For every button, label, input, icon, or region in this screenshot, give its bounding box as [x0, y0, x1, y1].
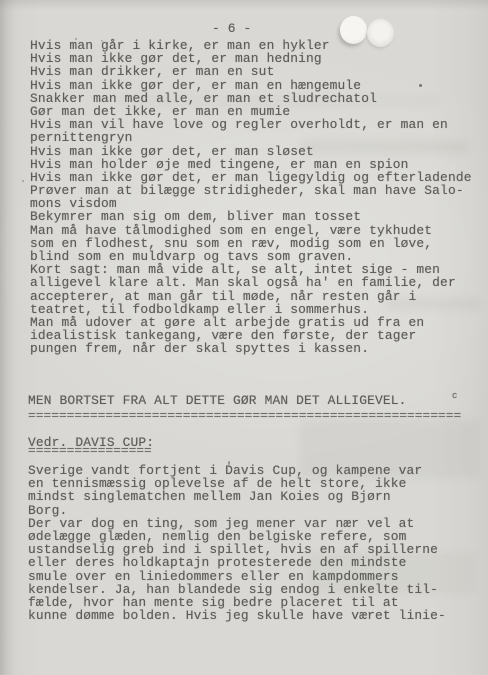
- typed-line: alligevel klare alt. Man skal også ha' e…: [30, 276, 472, 289]
- typed-line: mindst singlematchen mellem Jan Koies og…: [28, 490, 446, 503]
- typed-line: Hvis man holder øje med tingene, er man …: [30, 158, 472, 171]
- typed-line: Hvis man ikke gør der, er man en hængemu…: [30, 79, 472, 92]
- davis-cup-paragraph: Sverige vandt fortjent i Davis Cup, og k…: [28, 464, 446, 622]
- typed-line: pernittengryn: [30, 131, 472, 144]
- page-number: - 6 -: [212, 21, 251, 36]
- section-heading-underline: ================: [28, 443, 152, 458]
- stray-mark: c: [452, 391, 458, 401]
- scanned-document-page: - 6 - Hvis man går i kirke, er man en hy…: [0, 0, 488, 675]
- typed-separator-line: ========================================…: [28, 408, 461, 423]
- typed-line: pungen frem, når der skal spyttes i kass…: [30, 342, 472, 355]
- typed-line: smule over en liniedommers eller en kamp…: [28, 570, 446, 583]
- aphorisms-paragraph: Hvis man går i kirke, er man en hyklerHv…: [30, 39, 472, 356]
- typed-line: Borg.: [28, 504, 446, 517]
- typed-line: Hvis man ikke gør det, er man sløset: [30, 145, 472, 158]
- typed-line: Der var dog en ting, som jeg mener var n…: [28, 517, 446, 530]
- typed-line: eller deres holdkaptajn protesterede den…: [28, 556, 446, 569]
- typed-line: accepterer, at man går til møde, når res…: [30, 290, 472, 303]
- typed-line: kunne dømme bolden. Hvis jeg skulle have…: [28, 609, 446, 622]
- typed-line: Snakker man med alle, er man et sludrech…: [30, 92, 472, 105]
- conclusion-line: MEN BORTSET FRA ALT DETTE GØR MAN DET AL…: [28, 393, 407, 408]
- typed-line: Bekymrer man sig om dem, bliver man toss…: [30, 210, 472, 223]
- typed-line: Man må have tålmodighed som en engel, væ…: [30, 224, 472, 237]
- ink-speck: [22, 180, 24, 182]
- typed-line: teatret, til fodboldkamp eller i sommerh…: [30, 303, 472, 316]
- typed-line: kendelser. Ja, han blandede sig endog i …: [28, 583, 446, 596]
- typed-line: Hvis man drikker, er man en sut: [30, 65, 472, 78]
